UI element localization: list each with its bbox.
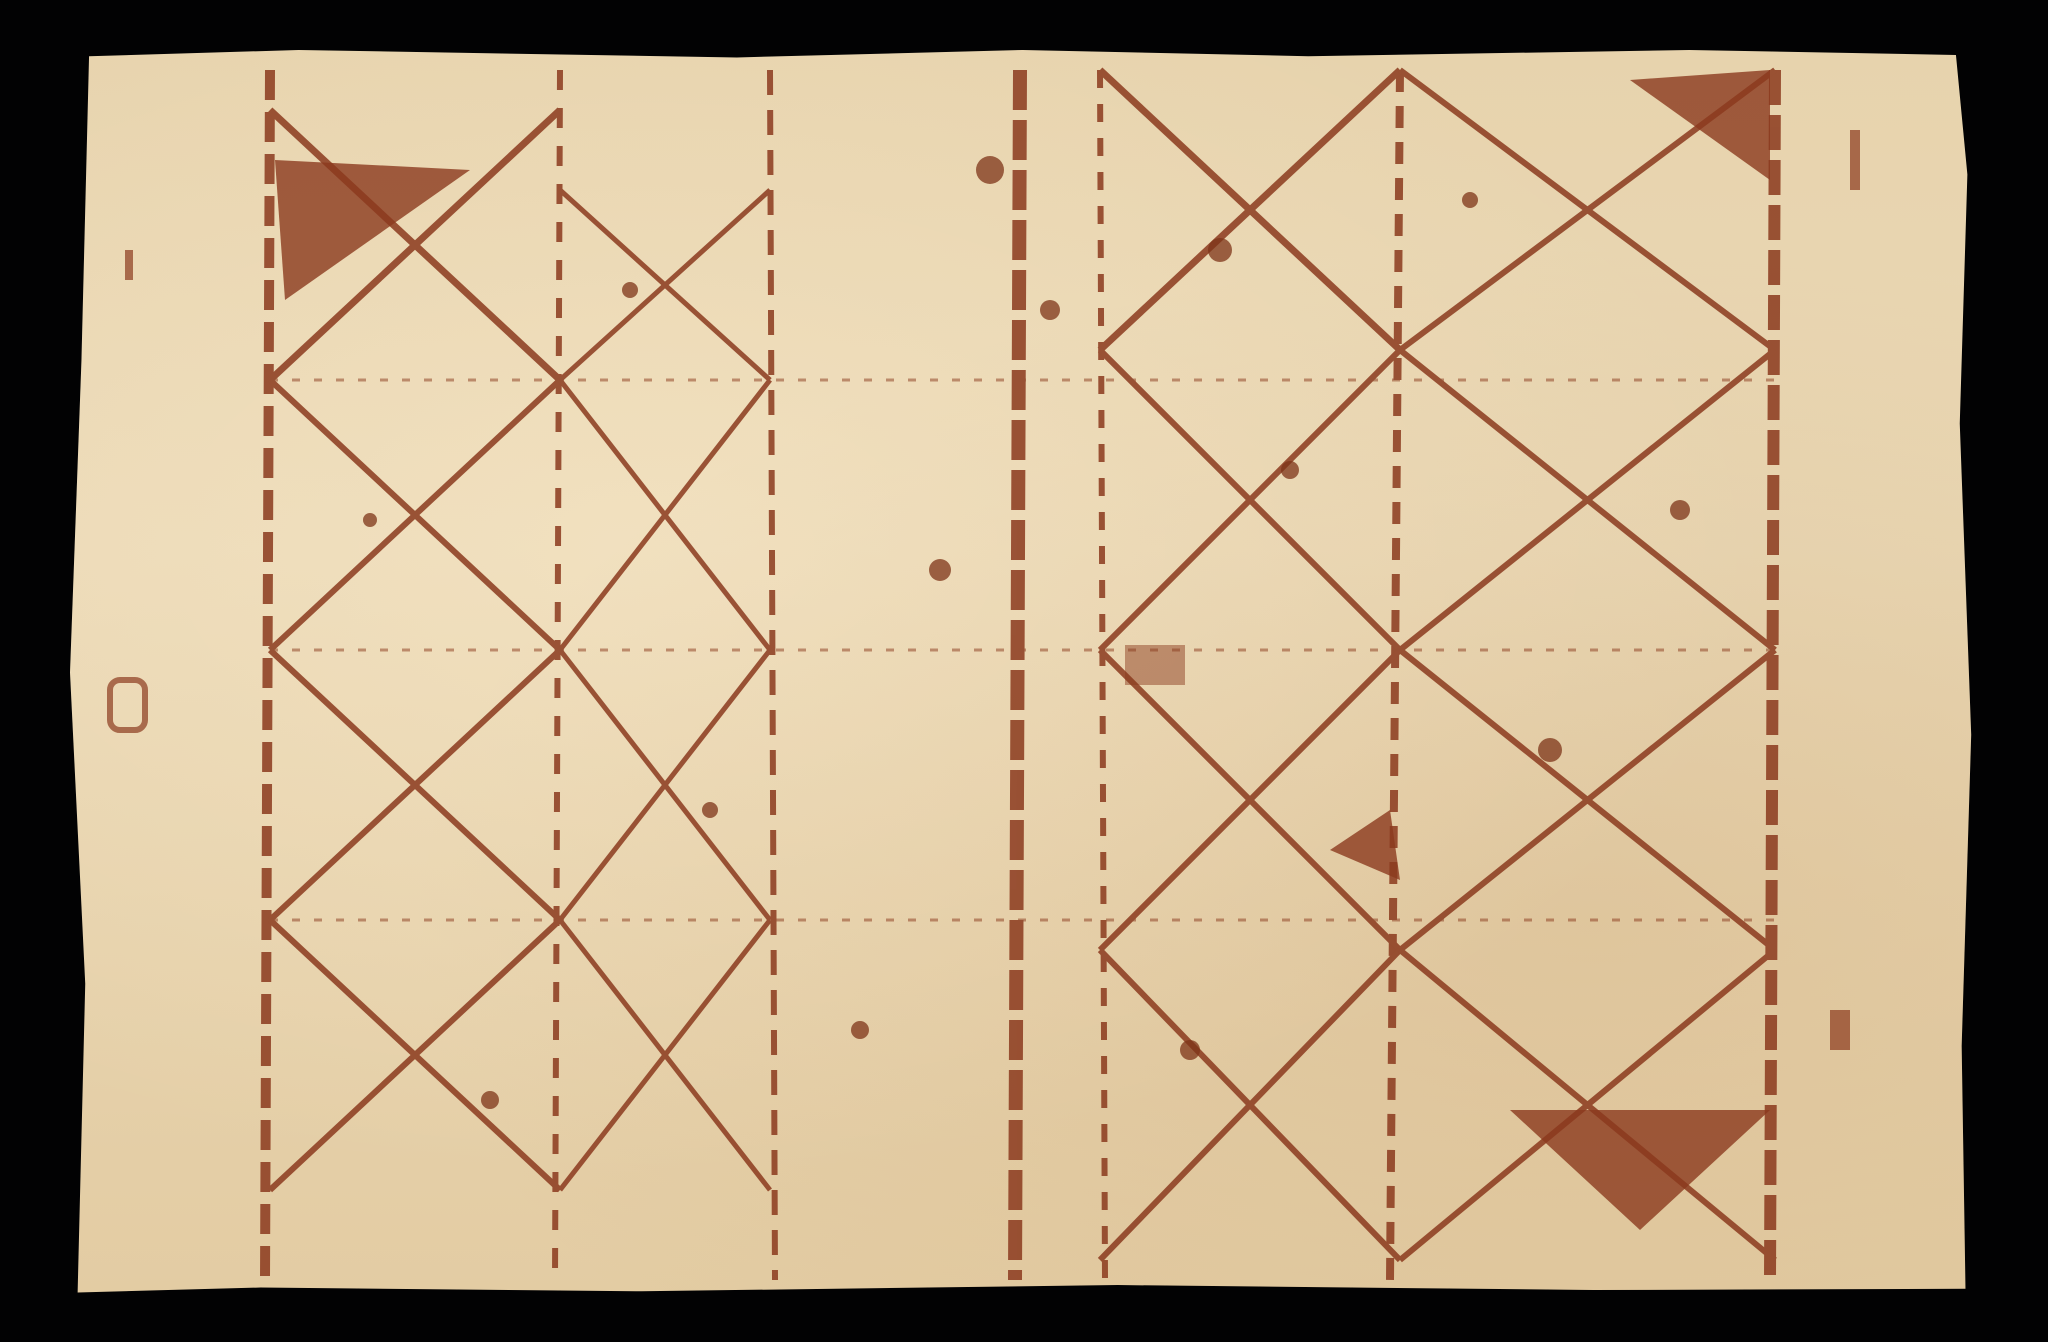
stencil-pattern <box>70 50 1975 1295</box>
tapa-cloth <box>70 50 1975 1295</box>
black-background <box>0 0 2048 1342</box>
